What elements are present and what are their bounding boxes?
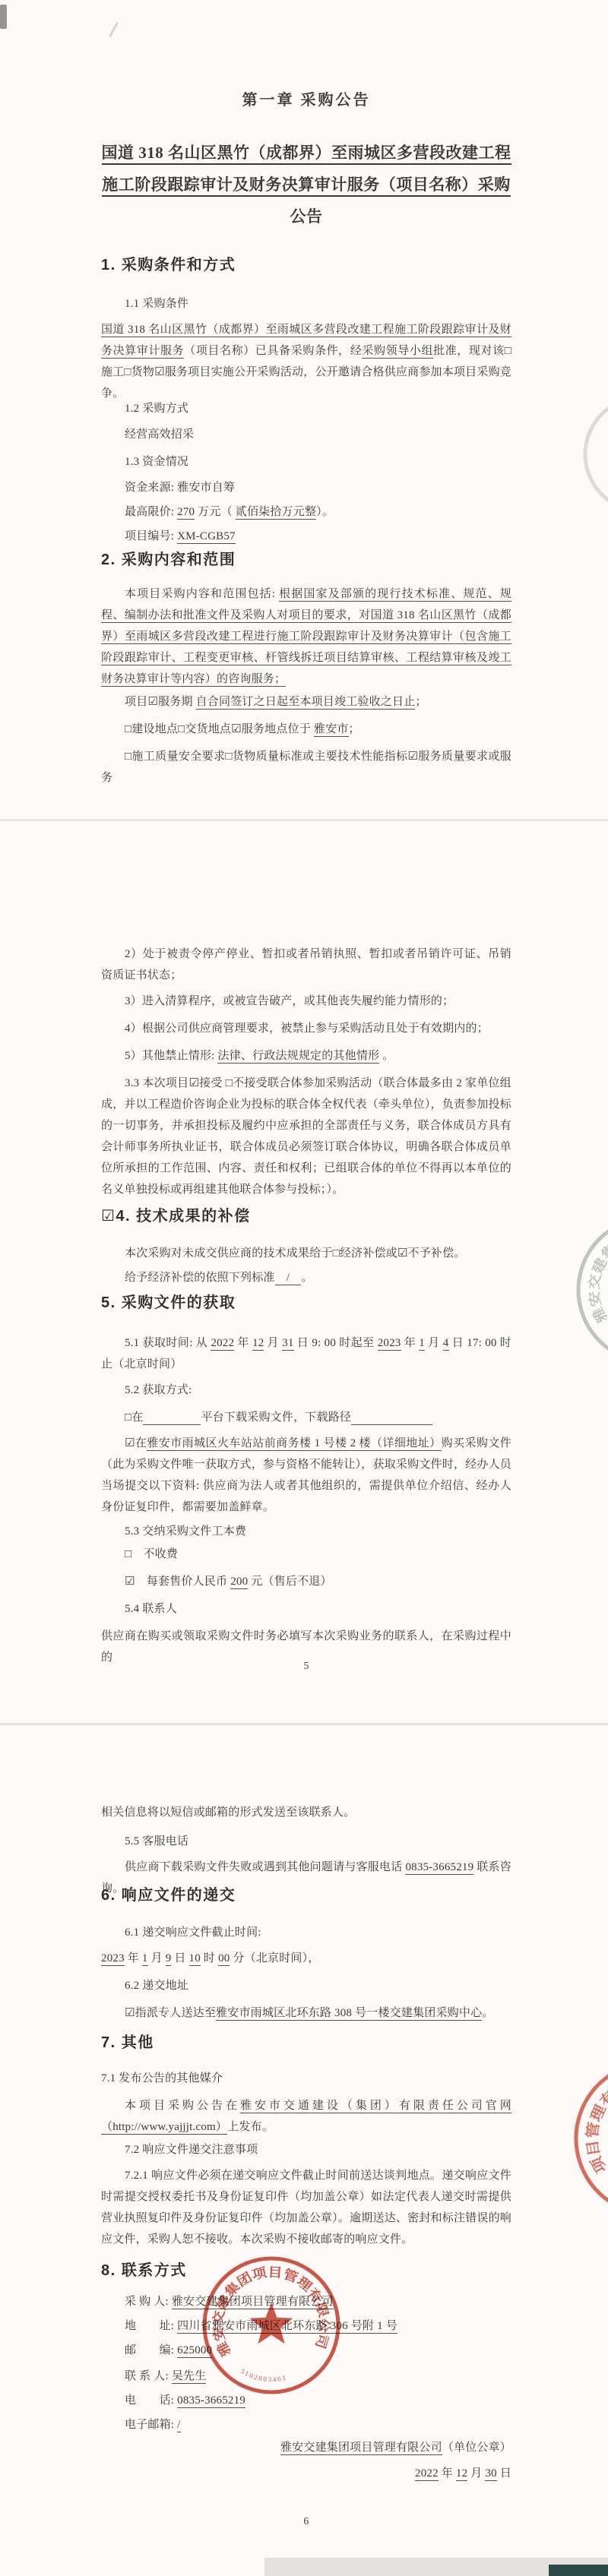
page1-left-scan-shadow xyxy=(0,0,5,804)
postcode-line: 邮 编: 625000 xyxy=(101,2340,511,2361)
para-5-1-time-seg5: 31 xyxy=(282,1337,293,1351)
buyer-line: 采 购 人: 雅安交建集团项目管理有限公司 xyxy=(101,2291,511,2312)
postcode-line-seg0: 邮 编: xyxy=(125,2344,177,2356)
section-5-2-heading-seg0: 5.2 获取方式: xyxy=(125,1384,192,1396)
section-5-4-heading-seg0: 5.4 联系人 xyxy=(125,1603,177,1615)
section-5-3-heading: 5.3 交纳采购文件工本费 xyxy=(101,1521,511,1542)
buyer-line-seg0: 采 购 人: xyxy=(125,2296,172,2308)
service-location-line-seg0: □建设地点□交货地点☑服务地点位于 xyxy=(125,723,314,735)
download-option-line: □在 平台下载采购文件，下载路径 xyxy=(101,1407,511,1428)
page-number-5: 5 xyxy=(101,1656,511,1677)
section-5-3-heading-seg0: 5.3 交纳采购文件工本费 xyxy=(125,1525,246,1538)
page-separator-1 xyxy=(0,819,608,821)
section-5-5-heading-seg0: 5.5 客服电话 xyxy=(125,1835,188,1847)
item-5-other: 5）其他禁止情形: 法律、行政法规规定的其他情形 。 xyxy=(101,1045,511,1067)
section-6-1-heading-seg0: 6.1 递交响应文件截止时间: xyxy=(125,1926,261,1939)
delivery-address-line-seg0: ☑指派专人送达至 xyxy=(125,2007,216,2019)
contact-person-line-seg0: 联 系 人: xyxy=(125,2370,172,2382)
para-2-scope-seg1: 根据国家及部颁的现行技术标准、规范、规程、编制办法和批准文件及采购人对项目的要求… xyxy=(101,588,511,687)
compensation-standard-line-seg1: / xyxy=(275,1272,302,1285)
download-option-line-seg1 xyxy=(143,1411,201,1425)
section-5-4-heading: 5.4 联系人 xyxy=(101,1598,511,1620)
max-price: 最高限价: 270 万元（ 贰佰柒拾万元整）。 xyxy=(101,501,511,523)
buyer-line-seg1: 雅安交建集团项目管理有限公司 xyxy=(172,2296,334,2309)
project-number-seg1: XM-CGB57 xyxy=(177,530,236,544)
doc-title-line-1-seg0: 国道 318 名山区黑竹（成都界）至雨城区多营段改建工程 xyxy=(102,144,511,165)
para-publish-media-seg0: 本项目采购公告在 xyxy=(125,2100,240,2112)
max-price-seg4: ）。 xyxy=(316,506,334,518)
para-7-2-1-seg0: 7.2.1 响应文件必须在递交响应文件截止时间前送达谈判地点。递交响应文件时需提… xyxy=(101,2170,511,2246)
signature-date-line: 2022 年 12 月 30 日 xyxy=(101,2463,539,2484)
para-1-1: 国道 318 名山区黑竹（成都界）至雨城区多营段改建工程施工阶段跟踪审计及财务决… xyxy=(101,319,511,404)
para-purchase-option: ☑在雅安市雨城区火车站站前商务楼 1 号楼 2 楼（详细地址）购买采购文件（此为… xyxy=(101,1433,511,1518)
item-5-other-seg1: 法律、行政法规规定的其他情形 xyxy=(217,1050,379,1064)
procurement-method-seg0: 经营高效招采 xyxy=(125,428,194,441)
service-location-line: □建设地点□交货地点☑服务地点位于 雅安市； xyxy=(101,719,511,740)
chapter-heading-seg0: 第一章 采购公告 xyxy=(242,92,371,109)
page-number-5-seg0: 5 xyxy=(303,1661,309,1672)
section-1-1-heading: 1.1 采购条件 xyxy=(101,293,511,314)
section-6-heading: 6. 响应文件的递交 xyxy=(101,1885,511,1905)
section-2-heading-seg0: 2. 采购内容和范围 xyxy=(101,552,236,568)
para-3-3-consortium: 3.3 本次项目☑接受 □不接受联合体参加采购活动（联合体最多由 2 家单位组成… xyxy=(101,1073,511,1200)
service-location-line-seg1: 雅安市 xyxy=(314,723,349,737)
service-period-line-seg2: ； xyxy=(415,696,426,708)
fund-source-seg0: 资金来源: 雅安市自筹 xyxy=(125,482,235,494)
section-8-heading-seg0: 8. 联系方式 xyxy=(101,2262,187,2279)
deadline-line-seg8: 时 xyxy=(201,1952,218,1964)
para-purchase-option-seg0: ☑在 xyxy=(125,1437,147,1449)
address-line-seg1: 四川省雅安市雨城区北环东路 306 号附 1 号 xyxy=(177,2320,397,2334)
section-8-heading: 8. 联系方式 xyxy=(101,2261,511,2280)
section-5-heading-seg0: 5. 采购文件的获取 xyxy=(101,1294,236,1311)
para-5-1-time-seg4: 月 xyxy=(264,1337,282,1349)
signature-date-line-seg0: 2022 xyxy=(415,2467,439,2481)
item-5-other-seg0: 5）其他禁止情形: xyxy=(125,1050,217,1062)
download-option-line-seg2: 平台下载采购文件，下载路径 xyxy=(201,1411,351,1424)
para-publish-media-seg2: 上发布。 xyxy=(227,2121,274,2133)
doc-title-line-2-seg0: 施工阶段跟踪审计及财务决算审计服务（项目名称）采购 xyxy=(102,175,511,197)
page-number-6-seg0: 6 xyxy=(303,2516,309,2527)
fund-source: 资金来源: 雅安市自筹 xyxy=(101,477,511,498)
section-7-heading: 7. 其他 xyxy=(101,2033,511,2053)
contact-note-line-2: 相关信息将以短信或邮箱的形式发送至该联系人。 xyxy=(101,1802,511,1823)
section-1-heading-seg0: 1. 采购条件和方式 xyxy=(101,257,236,273)
section-6-1-heading: 6.1 递交响应文件截止时间: xyxy=(101,1922,511,1943)
procurement-method: 经营高效招采 xyxy=(101,424,511,445)
signature-date-line-seg1: 年 xyxy=(439,2467,456,2480)
para-4-compensation: 本次采购对未成交供应商的技术成果给于□经济补偿或☑不予补偿。 xyxy=(101,1243,511,1264)
item-4-banned: 4）根据公司供应商管理要求，被禁止参与采购活动且处于有效期内的； xyxy=(101,1018,511,1039)
item-3-liquidation: 3）进入清算程序，或被宣告破产，或其他丧失履约能力情形的； xyxy=(101,991,511,1012)
para-5-1-time-seg1: 2022 xyxy=(211,1337,234,1351)
deadline-line: 2023 年 1 月 9 日 10 时 00 分（北京时间）， xyxy=(101,1948,511,1969)
contact-person-line: 联 系 人: 吴先生 xyxy=(101,2366,511,2387)
phone-line: 电 话: 0835-3665219 xyxy=(101,2390,511,2411)
fee-free-option-seg0: □ 不收费 xyxy=(125,1548,178,1560)
deadline-line-seg6: 日 xyxy=(171,1952,188,1964)
section-6-heading-seg0: 6. 响应文件的递交 xyxy=(101,1887,236,1904)
section-5-5-heading: 5.5 客服电话 xyxy=(101,1831,511,1852)
para-7-2-1: 7.2.1 响应文件必须在递交响应文件截止时间前送达谈判地点。递交响应文件时需提… xyxy=(101,2165,511,2250)
section-1-1-heading-seg0: 1.1 采购条件 xyxy=(125,298,188,310)
item-2-suspended-seg0: 2）处于被责令停产停业、暂扣或者吊销执照、暂扣或者吊销许可证、吊销资质证书状态； xyxy=(101,948,511,981)
para-publish-media: 本项目采购公告在雅安市交通建设（集团）有限责任公司官网（http://www.y… xyxy=(101,2095,511,2138)
service-period-line-seg0: 项目☑服务期 xyxy=(125,696,196,708)
max-price-seg2: 万元（ xyxy=(195,506,236,518)
section-7-2-heading: 7.2 响应文件递交注意事项 xyxy=(101,2139,511,2160)
max-price-seg1: 270 xyxy=(177,506,195,520)
download-option-line-seg0: □在 xyxy=(125,1411,143,1424)
doc-title-line-3-seg0: 公告 xyxy=(290,207,323,226)
contact-note-line-2-seg0: 相关信息将以短信或邮箱的形式发送至该联系人。 xyxy=(101,1806,355,1819)
para-1-1-seg2: 采购领导小组 xyxy=(362,345,433,359)
postcode-line-seg1: 625000 xyxy=(177,2344,212,2358)
section-4-heading: ☑4. 技术成果的补偿 xyxy=(101,1206,511,1226)
compensation-standard-line-seg2: 。 xyxy=(301,1272,312,1284)
section-1-3-heading: 1.3 资金情况 xyxy=(101,451,511,473)
para-5-1-time-seg6: 日 9: 00 时起至 xyxy=(294,1337,378,1349)
para-5-1-time-seg11: 4 xyxy=(443,1337,449,1351)
section-4-heading-seg0: ☑4. 技术成果的补偿 xyxy=(101,1208,251,1225)
section-5-heading: 5. 采购文件的获取 xyxy=(101,1293,511,1313)
doc-title-line-2: 施工阶段跟踪审计及财务决算审计服务（项目名称）采购 xyxy=(101,173,511,196)
signature-company-line-seg1: （单位公章） xyxy=(442,2442,511,2454)
section-1-3-heading-seg0: 1.3 资金情况 xyxy=(125,456,188,468)
compensation-standard-line-seg0: 给予经济补偿的依照下列标准 xyxy=(125,1272,275,1284)
section-6-2-heading-seg0: 6.2 递交地址 xyxy=(125,1980,188,1992)
email-line: 电子邮箱: / xyxy=(101,2414,511,2435)
deadline-line-seg9: 00 xyxy=(218,1952,230,1966)
signature-date-line-seg2: 12 xyxy=(456,2467,467,2481)
para-2-scope-seg0: 本项目采购内容和范围包括: xyxy=(125,588,279,600)
chapter-heading: 第一章 采购公告 xyxy=(101,90,511,111)
scanned-document: 第一章 采购公告国道 318 名山区黑竹（成都界）至雨城区多营段改建工程施工阶段… xyxy=(0,0,608,2576)
delivery-address-line-seg1: 雅安市雨城区北环东路 308 号一楼交建集团采购中心 xyxy=(216,2007,482,2021)
max-price-seg0: 最高限价: xyxy=(125,506,177,518)
deadline-line-seg3: 1 xyxy=(142,1952,148,1966)
scan-smudge-top-left xyxy=(0,5,7,29)
fee-free-option: □ 不收费 xyxy=(101,1544,511,1565)
project-number: 项目编号: XM-CGB57 xyxy=(101,526,511,547)
fee-paid-option-seg1: 200 xyxy=(230,1576,248,1589)
page-number-6: 6 xyxy=(101,2511,511,2533)
quality-requirement-line: □施工质量安全要求□货物质量标准或主要技术性能指标☑服务质量要求或服务 xyxy=(101,746,511,789)
para-2-scope: 本项目采购内容和范围包括: 根据国家及部颁的现行技术标准、规范、规程、编制办法和… xyxy=(101,583,511,690)
section-7-1-heading-seg0: 7.1 发布公告的其他媒介 xyxy=(101,2072,223,2085)
fee-paid-option: ☑ 每套售价人民币 200 元（售后不退） xyxy=(101,1571,511,1592)
project-number-seg0: 项目编号: xyxy=(125,530,177,542)
deadline-line-seg2: 年 xyxy=(125,1952,142,1964)
address-line: 地 址: 四川省雅安市雨城区北环东路 306 号附 1 号 xyxy=(101,2315,511,2337)
para-purchase-option-seg1: 雅安市雨城区火车站站前商务楼 1 号楼 2 楼（详细地址） xyxy=(147,1437,441,1451)
section-1-2-heading: 1.2 采购方式 xyxy=(101,398,511,419)
page-separator-2 xyxy=(0,1723,608,1725)
contact-person-line-seg1: 吴先生 xyxy=(172,2370,207,2384)
para-5-1-time-seg2: 年 xyxy=(234,1337,252,1349)
signature-company-line-seg0: 雅安交建集团项目管理有限公司 xyxy=(280,2442,442,2455)
compensation-standard-line: 给予经济补偿的依照下列标准 / 。 xyxy=(101,1267,511,1288)
para-1-1-seg1: （项目名称）已具备采购条件，经 xyxy=(184,345,362,357)
doc-title-line-3: 公告 xyxy=(101,205,511,228)
section-6-2-heading: 6.2 递交地址 xyxy=(101,1975,511,1996)
para-service-phone-seg1: 0835-3665219 xyxy=(405,1861,473,1875)
service-location-line-seg2: ； xyxy=(349,723,360,735)
item-3-liquidation-seg0: 3）进入清算程序，或被宣告破产，或其他丧失履约能力情形的； xyxy=(125,995,454,1007)
deadline-line-seg10: 分（北京时间）， xyxy=(230,1952,319,1964)
email-line-seg1: / xyxy=(177,2419,180,2432)
delivery-address-line-seg2: 。 xyxy=(482,2007,493,2019)
service-period-line-seg1: 自合同签订之日起至本项目竣工验收之日止 xyxy=(196,696,416,710)
item-2-suspended: 2）处于被责令停产停业、暂扣或者吊销执照、暂扣或者吊销许可证、吊销资质证书状态； xyxy=(101,943,511,986)
service-period-line: 项目☑服务期 自合同签订之日起至本项目竣工验收之日止； xyxy=(101,691,511,713)
item-5-other-seg2: 。 xyxy=(379,1050,394,1062)
section-7-2-heading-seg0: 7.2 响应文件递交注意事项 xyxy=(125,2144,258,2156)
signature-date-line-seg4: 30 xyxy=(485,2467,496,2481)
deadline-line-seg7: 10 xyxy=(189,1952,201,1966)
para-5-1-time-seg0: 5.1 获取时间: 从 xyxy=(125,1337,211,1349)
signature-company-line: 雅安交建集团项目管理有限公司（单位公章） xyxy=(101,2437,511,2458)
address-line-seg0: 地 址: xyxy=(125,2320,177,2332)
para-5-1-time-seg10: 月 xyxy=(425,1337,443,1349)
deadline-line-seg4: 月 xyxy=(148,1952,166,1964)
para-5-1-time: 5.1 获取时间: 从 2022 年 12 月 31 日 9: 00 时起至 2… xyxy=(101,1332,511,1375)
delivery-address-line: ☑指派专人送达至雅安市雨城区北环东路 308 号一楼交建集团采购中心。 xyxy=(101,2002,511,2024)
section-7-1-heading: 7.1 发布公告的其他媒介 xyxy=(101,2068,511,2089)
quality-requirement-line-seg0: □施工质量安全要求□货物质量标准或主要技术性能指标☑服务质量要求或服务 xyxy=(101,751,511,784)
signature-date-line-seg5: 日 xyxy=(497,2467,511,2480)
section-1-2-heading-seg0: 1.2 采购方式 xyxy=(125,403,188,415)
doc-title-line-1: 国道 318 名山区黑竹（成都界）至雨城区多营段改建工程 xyxy=(101,141,511,164)
item-4-banned-seg0: 4）根据公司供应商管理要求，被禁止参与采购活动且处于有效期内的； xyxy=(125,1022,489,1035)
scan-corner-artifact xyxy=(549,2565,608,2576)
max-price-seg3: 贰佰柒拾万元整 xyxy=(236,506,316,520)
phone-line-seg0: 电 话: xyxy=(125,2394,177,2407)
para-5-1-time-seg8: 年 xyxy=(401,1337,420,1349)
fee-paid-option-seg0: ☑ 每套售价人民币 xyxy=(125,1576,230,1588)
para-3-3-consortium-seg0: 3.3 本次项目☑接受 □不接受联合体参加采购活动（联合体最多由 2 家单位组成… xyxy=(101,1077,511,1196)
para-5-1-time-seg3: 12 xyxy=(252,1337,264,1351)
para-5-1-time-seg7: 2023 xyxy=(378,1337,401,1351)
section-5-2-heading: 5.2 获取方式: xyxy=(101,1380,511,1401)
signature-date-line-seg3: 月 xyxy=(467,2467,485,2480)
section-2-heading: 2. 采购内容和范围 xyxy=(101,550,511,570)
para-4-compensation-seg0: 本次采购对未成交供应商的技术成果给于□经济补偿或☑不予补偿。 xyxy=(125,1247,466,1260)
para-5-1-time-seg9: 1 xyxy=(419,1337,425,1351)
deadline-line-seg1: 2023 xyxy=(101,1952,125,1966)
phone-line-seg1: 0835-3665219 xyxy=(177,2394,245,2408)
section-1-heading: 1. 采购条件和方式 xyxy=(101,255,511,275)
email-line-seg0: 电子邮箱: xyxy=(125,2419,177,2431)
para-service-phone-seg0: 供应商下载采购文件失败或遇到其他问题请与客服电话 xyxy=(125,1861,405,1873)
download-option-line-seg3 xyxy=(351,1411,432,1425)
section-7-heading-seg0: 7. 其他 xyxy=(101,2034,154,2051)
fee-paid-option-seg2: 元（售后不退） xyxy=(248,1576,331,1588)
